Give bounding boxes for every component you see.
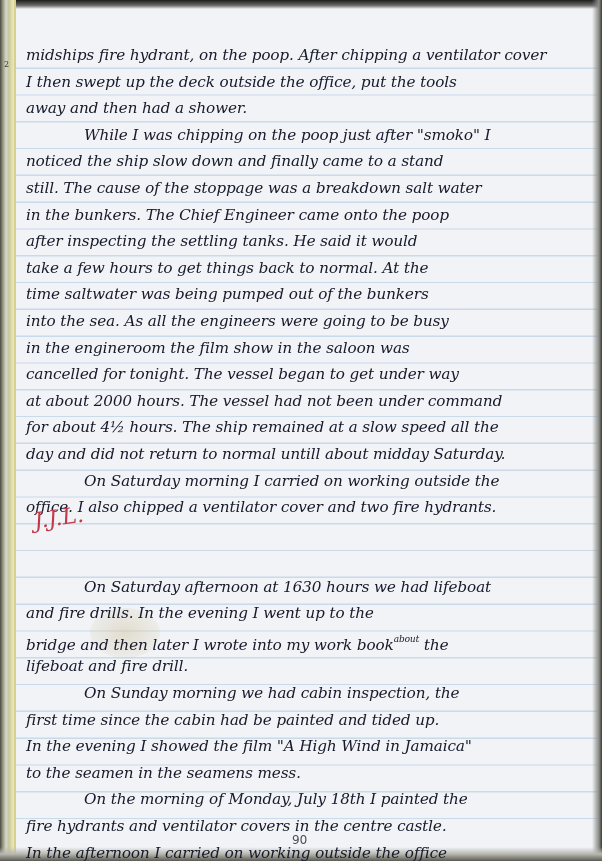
text-line: time saltwater was being pumped out of t… xyxy=(26,281,598,308)
text-line-with-insertion: bridge and then later I wrote into my wo… xyxy=(26,627,598,654)
text-line: into the sea. As all the engineers were … xyxy=(26,308,598,335)
text-line: On the morning of Monday, July 18th I pa… xyxy=(26,786,598,813)
text-line: On Saturday morning I carried on working… xyxy=(26,468,598,495)
text-line: While I was chipping on the poop just af… xyxy=(26,122,598,149)
text-line: take a few hours to get things back to n… xyxy=(26,255,598,282)
insertion-mark: about xyxy=(394,635,419,645)
text-line: for about 4½ hours. The ship remained at… xyxy=(26,414,598,441)
text-line: cancelled for tonight. The vessel began … xyxy=(26,361,598,388)
margin-line xyxy=(14,0,16,861)
text-segment: bridge and then later I wrote into my wo… xyxy=(26,636,394,654)
page-number: 90 xyxy=(292,833,307,847)
text-line: On Saturday afternoon at 1630 hours we h… xyxy=(26,574,598,601)
text-line: I then swept up the deck outside the off… xyxy=(26,69,598,96)
text-segment: the xyxy=(424,636,449,654)
handwritten-text: midships fire hydrant, on the poop. Afte… xyxy=(26,42,598,861)
text-line: in the engineroom the film show in the s… xyxy=(26,335,598,362)
text-line: midships fire hydrant, on the poop. Afte… xyxy=(26,42,598,69)
text-line: to the seamen in the seamens mess. xyxy=(26,760,598,787)
text-line: still. The cause of the stoppage was a b… xyxy=(26,175,598,202)
text-line: away and then had a shower. xyxy=(26,95,598,122)
page-top-shadow xyxy=(0,0,602,9)
text-line: In the evening I showed the film "A High… xyxy=(26,733,598,760)
text-line: first time since the cabin had be painte… xyxy=(26,707,598,734)
text-line: On Sunday morning we had cabin inspectio… xyxy=(26,680,598,707)
text-line: noticed the ship slow down and finally c… xyxy=(26,148,598,175)
text-line: day and did not return to normal untill … xyxy=(26,441,598,468)
diary-page: 2 midships fire hydrant, on the poop. Af… xyxy=(0,0,602,861)
paragraph-gap xyxy=(26,521,598,574)
text-line: In the afternoon I carried on working ou… xyxy=(26,840,598,861)
text-line: lifeboat and fire drill. xyxy=(26,653,598,680)
text-line: at about 2000 hours. The vessel had not … xyxy=(26,388,598,415)
margin-tick-mark: 2 xyxy=(4,60,9,69)
text-line: in the bunkers. The Chief Engineer came … xyxy=(26,202,598,229)
text-line: and fire drills. In the evening I went u… xyxy=(26,600,598,627)
text-line: office. I also chipped a ventilator cove… xyxy=(26,494,598,521)
text-line: fire hydrants and ventilator covers in t… xyxy=(26,813,598,840)
text-line: after inspecting the settling tanks. He … xyxy=(26,228,598,255)
